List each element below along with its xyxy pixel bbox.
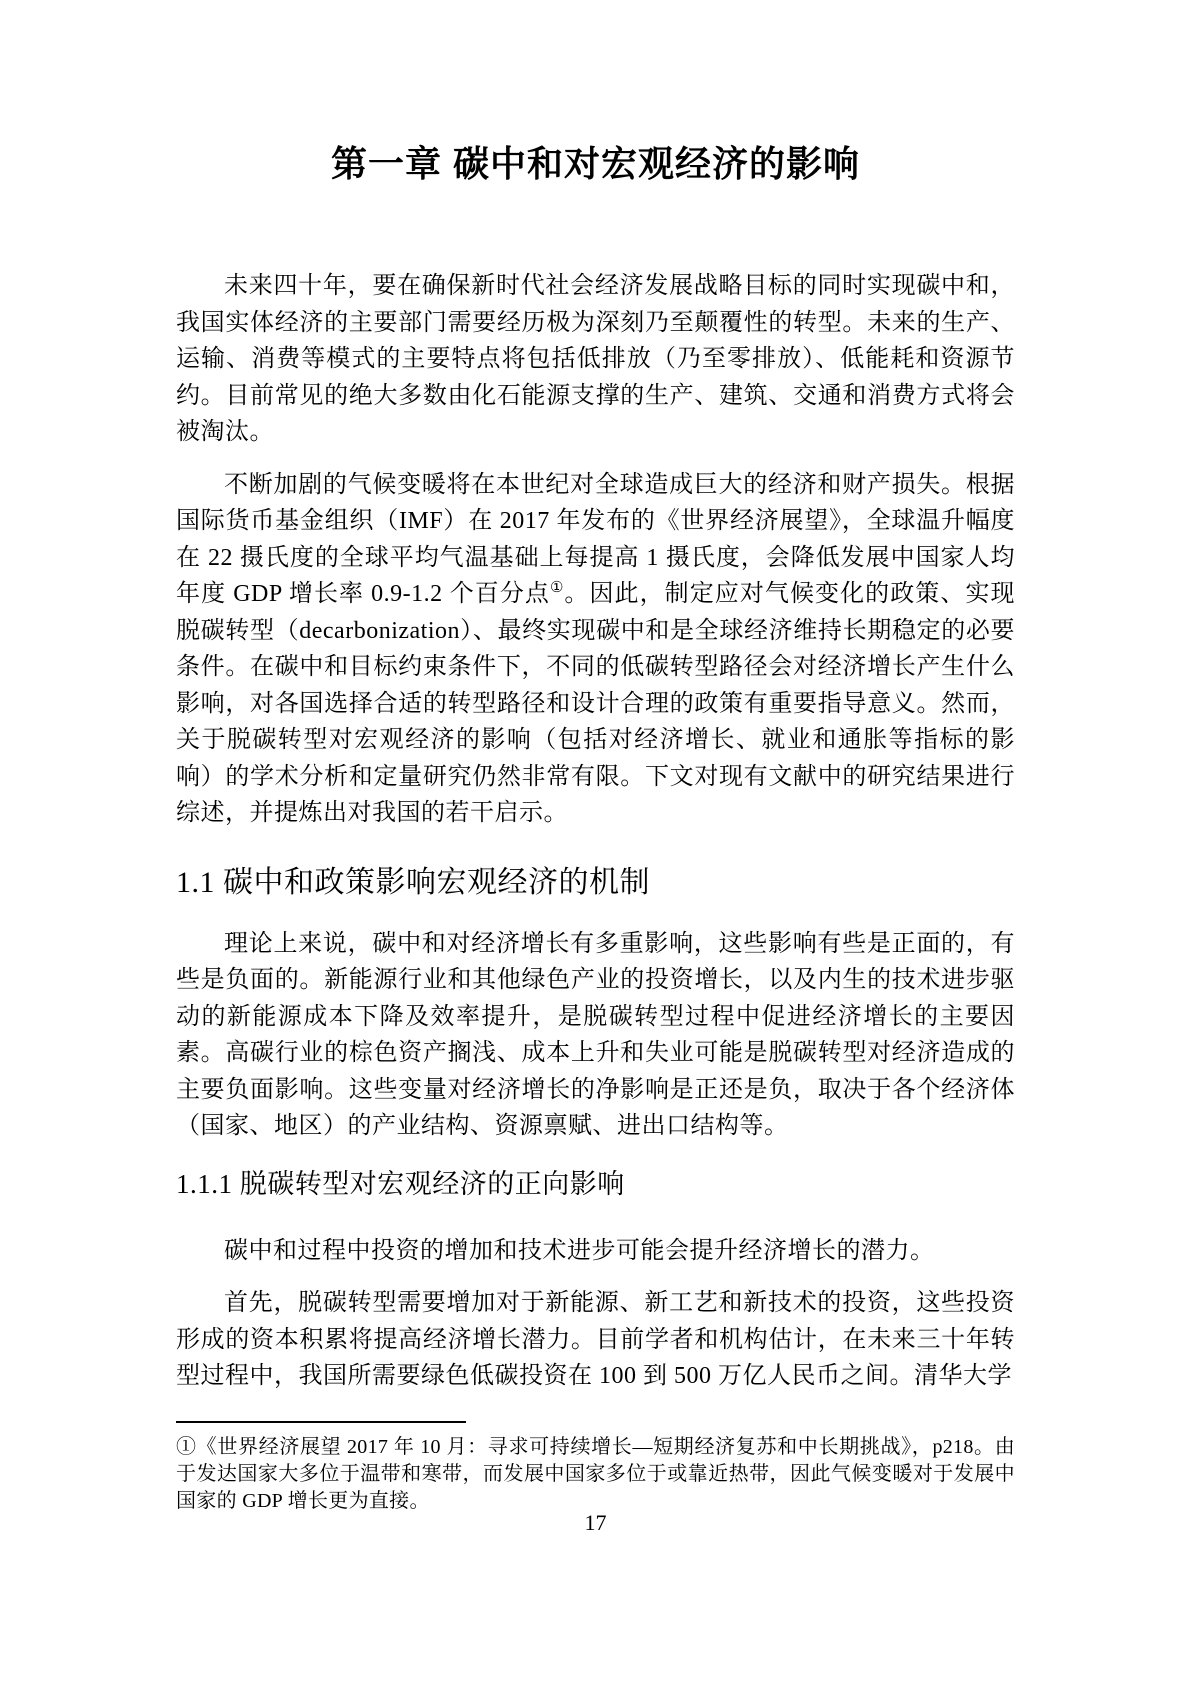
section-1-1-1-paragraph-2: 首先，脱碳转型需要增加对于新能源、新工艺和新技术的投资，这些投资形成的资本积累将… <box>176 1285 1015 1395</box>
section-1-1-paragraph-1: 理论上来说，碳中和对经济增长有多重影响，这些影响有些是正面的，有些是负面的。新能… <box>176 926 1015 1145</box>
intro-paragraph-2-text-after-ref: 。因此，制定应对气候变化的政策、实现脱碳转型（decarbonization）、… <box>176 581 1015 826</box>
intro-paragraph-2: 不断加剧的气候变暖将在本世纪对全球造成巨大的经济和财产损失。根据国际货币基金组织… <box>176 467 1015 832</box>
footnote-text: ①《世界经济展望 2017 年 10 月：寻求可持续增长—短期经济复苏和中长期挑… <box>176 1434 1015 1515</box>
footnote-ref-marker: ① <box>550 580 564 596</box>
page-number: 17 <box>0 1510 1191 1536</box>
chapter-title: 第一章 碳中和对宏观经济的影响 <box>176 140 1015 188</box>
document-page: 第一章 碳中和对宏观经济的影响 未来四十年，要在确保新时代社会经济发展战略目标的… <box>0 0 1191 1684</box>
footnote-area: ①《世界经济展望 2017 年 10 月：寻求可持续增长—短期经济复苏和中长期挑… <box>176 1421 1015 1515</box>
footnote-separator-rule <box>176 1421 466 1423</box>
section-1-1-1-paragraph-1: 碳中和过程中投资的增加和技术进步可能会提升经济增长的潜力。 <box>176 1233 1015 1270</box>
section-heading-1-1: 1.1 碳中和政策影响宏观经济的机制 <box>176 862 1015 904</box>
section-heading-1-1-1: 1.1.1 脱碳转型对宏观经济的正向影响 <box>176 1165 1015 1203</box>
intro-paragraph-1: 未来四十年，要在确保新时代社会经济发展战略目标的同时实现碳中和，我国实体经济的主… <box>176 268 1015 451</box>
